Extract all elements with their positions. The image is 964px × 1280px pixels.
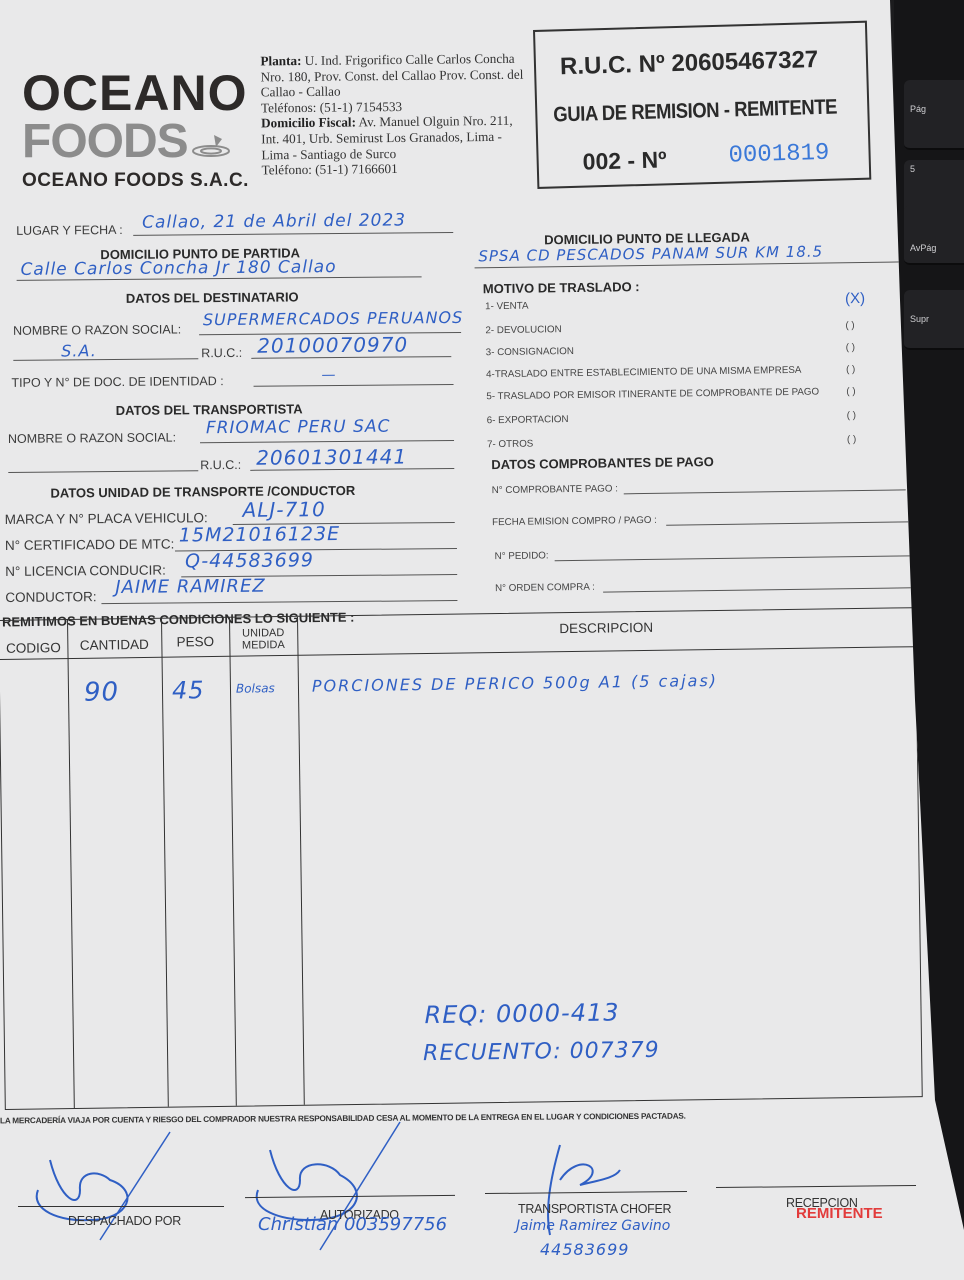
column-divider [67,620,75,1108]
header-codigo: CODIGO [0,640,67,656]
motivo-label: 5- TRASLADO POR EMISOR ITINERANTE DE COM… [486,387,819,403]
keyboard-key: Supr [904,290,964,350]
motivo-checkbox[interactable]: (X) [845,290,865,307]
company-address: Planta: U. Ind. Frigorifico Calle Carlos… [260,51,531,179]
header-unidad: UNIDAD MEDIDA [231,627,295,652]
fecha-emision-label: FECHA EMISION COMPRO / PAGO : [492,515,657,528]
header-descripcion: DESCRIPCION [297,616,915,640]
motivo-checkbox[interactable]: ( ) [846,342,855,353]
motivo-label: 4-TRASLADO ENTRE ESTABLECIMIENTO DE UNA … [486,365,802,380]
motivo-item: 6- EXPORTACION( ) [487,410,887,427]
fecha-emision-field[interactable] [666,521,908,525]
comprobante-label: N° COMPROBANTE PAGO : [492,483,618,496]
motivo-title: MOTIVO DE TRASLADO : [483,279,640,296]
recepcion-line [716,1185,916,1188]
cell-unidad: Bolsas [236,681,275,696]
company-name: OCEANO FOODS S.A.C. [22,170,249,192]
motivo-checkbox[interactable]: ( ) [846,386,855,397]
header-peso: PESO [161,634,229,650]
llegada-value: SPSA CD PESCADOS PANAM SUR KM 18.5 [478,243,823,266]
key-label: Pág [910,104,926,114]
req-note: REQ: 0000-413 [424,998,619,1029]
cell-descripcion: PORCIONES DE PERICO 500g A1 (5 cajas) [312,671,718,696]
despachado-line [18,1206,224,1207]
fish-wave-icon [190,133,232,159]
motivo-item: 2- DEVOLUCION( ) [485,320,885,337]
motivo-item: 7- OTROS( ) [487,434,887,451]
company-logo: OCEANO FOODS OCEANO FOODS S.A.C. [22,68,249,192]
ruc-box: R.U.C. Nº 20605467327 GUIA DE REMISION -… [533,21,871,189]
recuento-note: RECUENTO: 007379 [423,1038,660,1066]
motivo-item: 1- VENTA(X) [485,296,885,313]
document-page: OCEANO FOODS OCEANO FOODS S.A.C. Planta:… [0,0,964,1280]
cell-cantidad: 90 [84,677,120,707]
comprobantes-title: DATOS COMPROBANTES DE PAGO [491,454,714,472]
motivo-item: 5- TRASLADO POR EMISOR ITINERANTE DE COM… [486,386,886,403]
orden-label: N° ORDEN COMPRA : [495,582,595,594]
despachado-signature [20,1130,180,1250]
motivo-checkbox[interactable]: ( ) [847,434,856,445]
keyboard-key: AvPág [904,205,964,265]
planta-phone: Teléfonos: (51-1) 7154533 [261,99,402,115]
motivo-checkbox[interactable]: ( ) [846,364,855,375]
logo-oceano-text: OCEANO [22,68,249,118]
key-label: 5 [910,164,915,174]
document-number: 0001819 [728,140,830,170]
key-label: AvPág [910,243,936,253]
motivo-item: 3- CONSIGNACION( ) [486,342,886,359]
motivo-checkbox[interactable]: ( ) [845,320,854,331]
items-table: CODIGO CANTIDAD PESO UNIDAD MEDIDA DESCR… [0,607,923,1110]
column-divider [297,617,305,1105]
comprobante-field[interactable] [624,489,906,494]
cell-codigo [0,680,68,681]
transportista-label: TRANSPORTISTA CHOFER [518,1202,671,1216]
autorizado-signature [240,1120,420,1260]
motivo-label: 7- OTROS [487,439,533,451]
transportista-handwritten-name: Jaime Ramirez Gavino [516,1218,670,1234]
copy-label: REMITENTE [796,1205,883,1222]
motivo-label: 6- EXPORTACION [487,414,569,426]
cell-peso: 45 [172,676,205,704]
key-label: Supr [910,314,929,324]
orden-field[interactable] [603,587,913,592]
header-cantidad: CANTIDAD [67,637,161,653]
column-divider [161,619,169,1107]
fiscal-phone: Teléfono: (51-1) 7166601 [261,161,397,177]
despachado-label: DESPACHADO POR [68,1214,181,1228]
ruc-number: R.U.C. Nº 20605467327 [560,46,819,81]
document-serie: 002 - Nº [582,146,667,175]
motivo-label: 1- VENTA [485,301,529,313]
transportista-handwritten-id: 44583699 [540,1240,629,1259]
planta-label: Planta: [260,53,301,68]
pedido-label: N° PEDIDO: [495,550,549,562]
autorizado-handwritten: Christian 003597756 [258,1214,447,1235]
motivo-checkbox[interactable]: ( ) [847,410,856,421]
pedido-field[interactable] [555,555,911,561]
logo-foods-text: FOODS [22,118,188,166]
fiscal-label: Domicilio Fiscal: [261,115,356,131]
motivo-label: 3- CONSIGNACION [486,346,574,358]
right-section: DOMICILIO PUNTO DE LLEGADA SPSA CD PESCA… [0,217,964,610]
motivo-item: 4-TRASLADO ENTRE ESTABLECIMIENTO DE UNA … [486,364,886,381]
keyboard-key: Pág [904,80,964,150]
motivo-label: 2- DEVOLUCION [485,324,561,336]
document-title: GUIA DE REMISION - REMITENTE [553,96,837,128]
